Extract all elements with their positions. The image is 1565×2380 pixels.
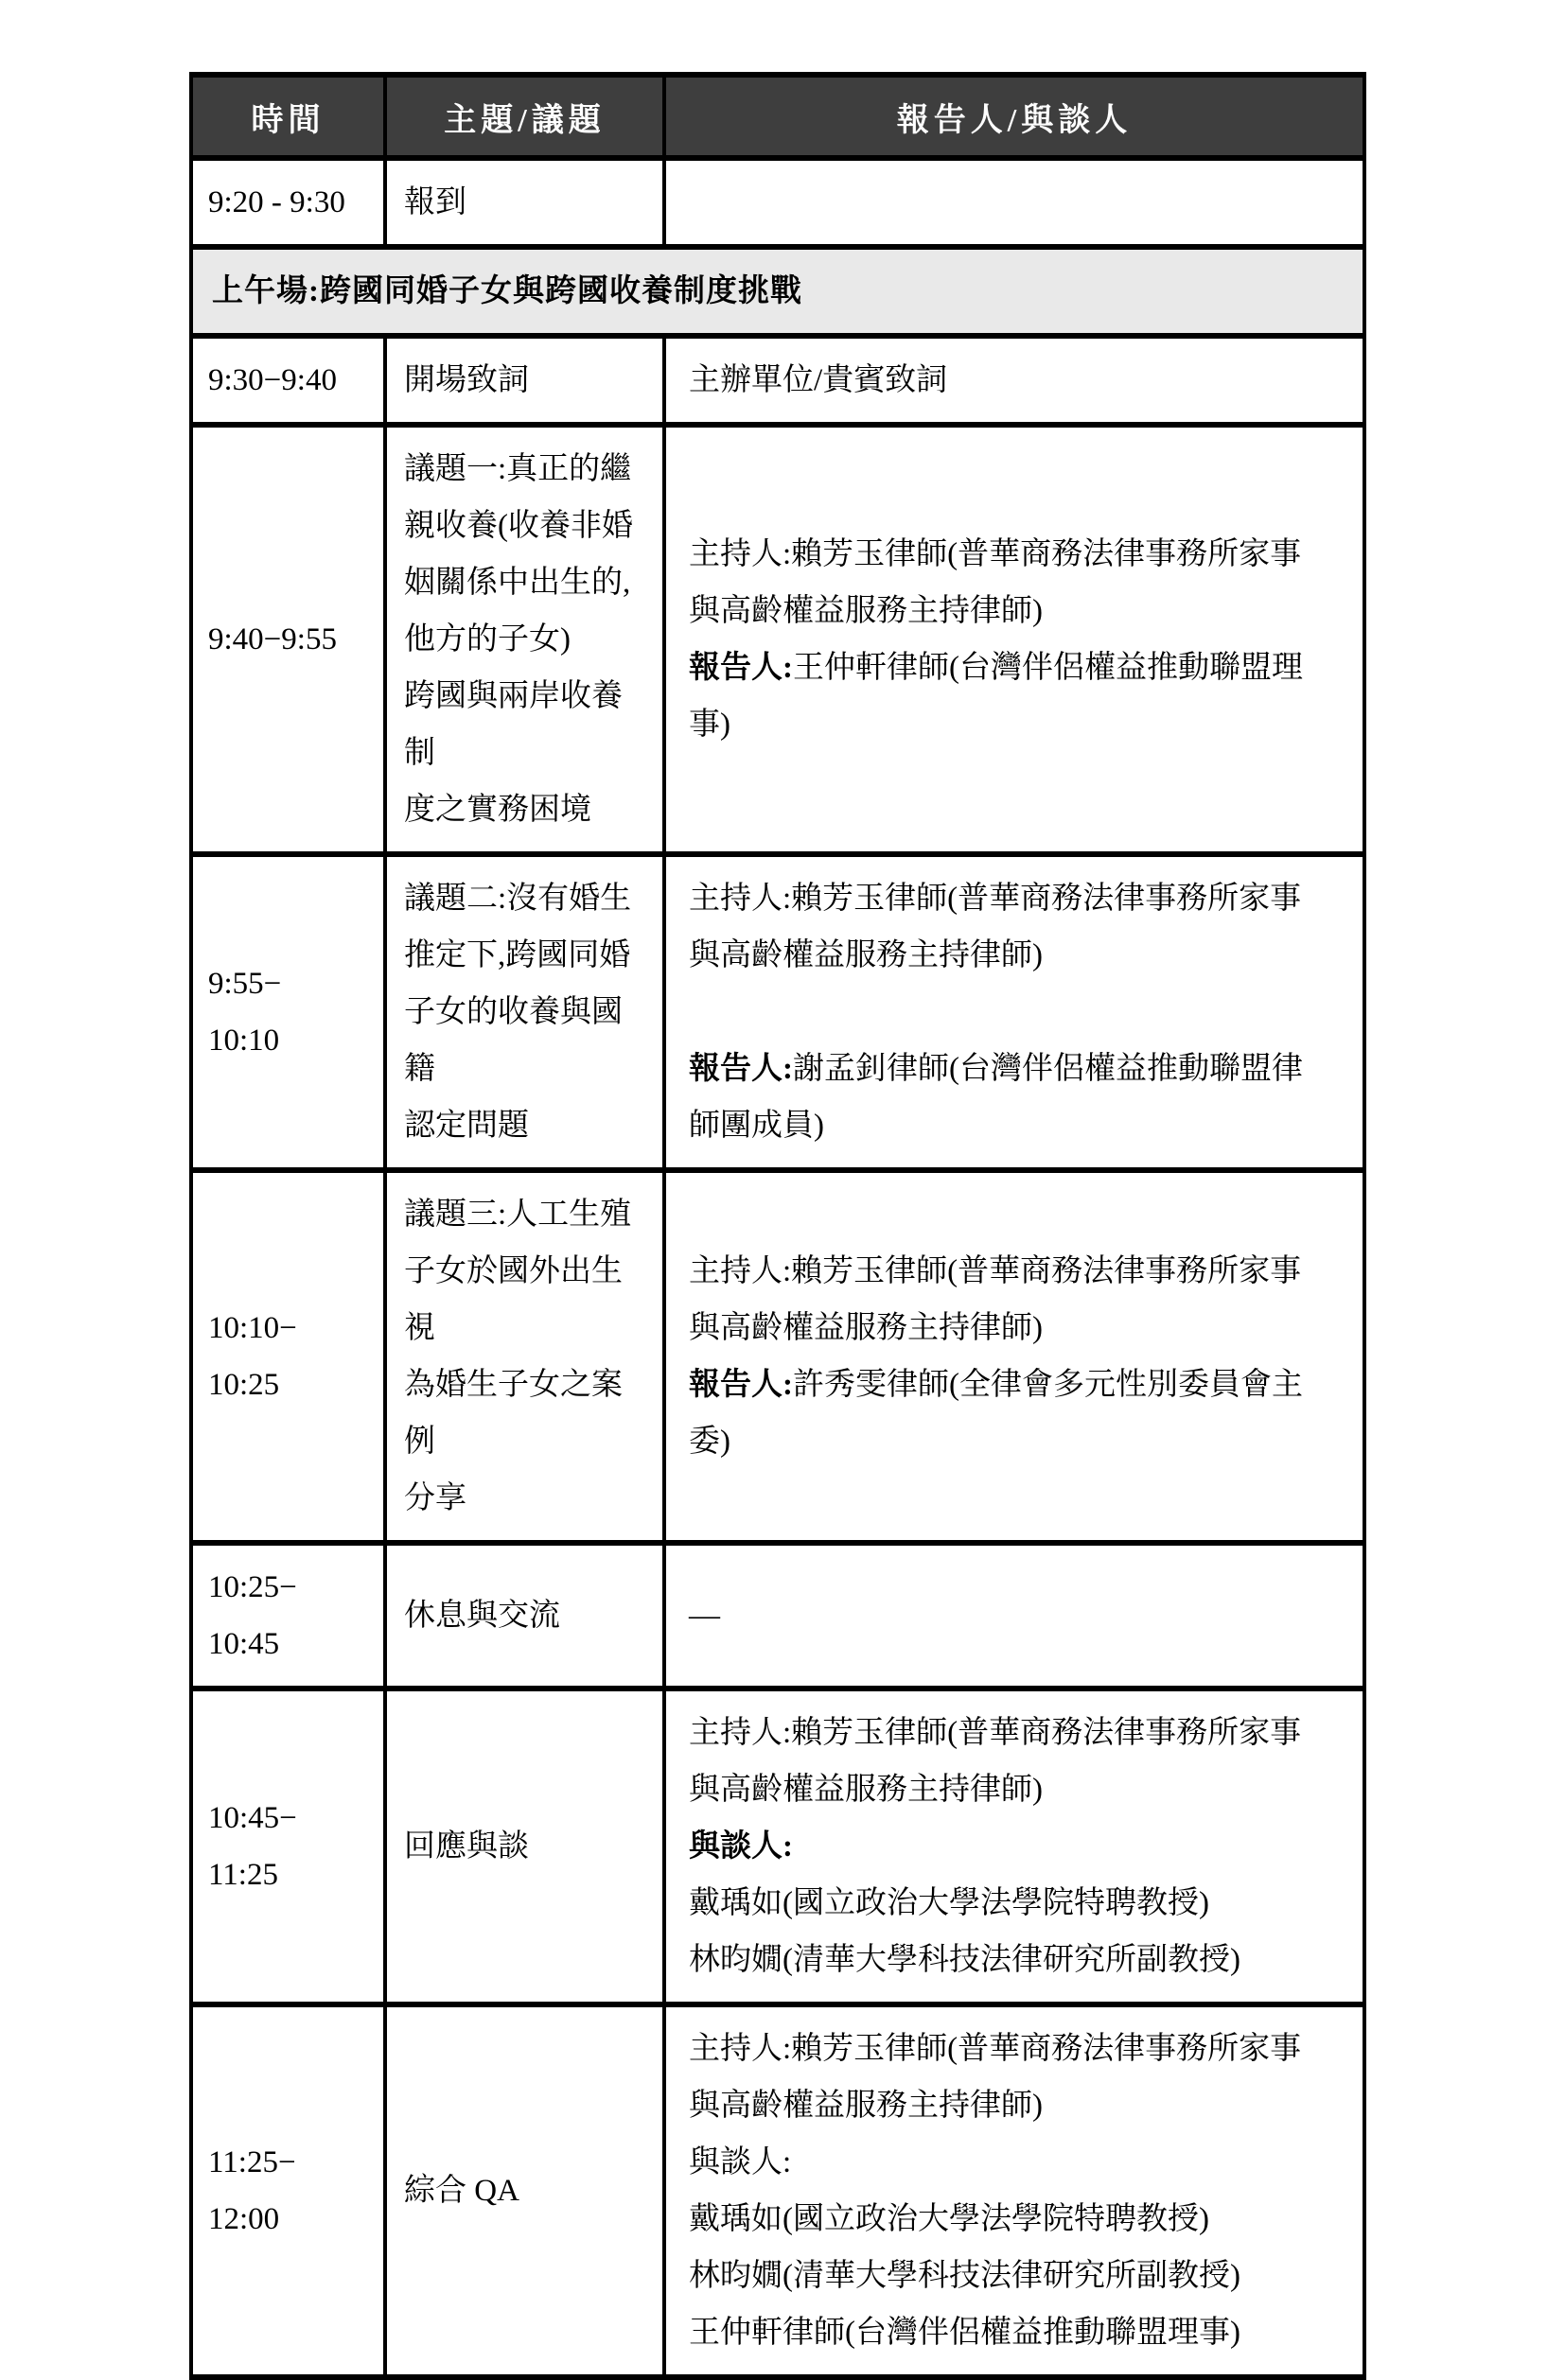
role-label: 報告人:: [689, 1368, 793, 1402]
agenda-table: 時間 主題/議題 報告人/與談人 9:20 - 9:30報到上午場:跨國同婚子女…: [189, 72, 1366, 2380]
agenda-row: 10:25− 10:45休息與交流—: [191, 1543, 1364, 1689]
speakers-cell: —: [664, 1543, 1364, 1689]
speaker-text: 主持人:賴芳玉律師(普華商務法律事務所家事 與高齡權益服務主持律師): [689, 882, 1301, 972]
topic-cell: 綜合 QA: [385, 2004, 664, 2377]
speakers-cell: 主辦單位/貴賓致詞: [664, 336, 1364, 425]
speaker-text: —: [689, 1599, 720, 1633]
agenda-row: 9:55− 10:10議題二:沒有婚生 推定下,跨國同婚 子女的收養與國籍 認定…: [191, 854, 1364, 1170]
topic-cell: 休息與交流: [385, 1543, 664, 1689]
agenda-row: 9:30−9:40開場致詞主辦單位/貴賓致詞: [191, 336, 1364, 425]
topic-cell: 議題一:真正的繼 親收養(收養非婚 姻關係中出生的, 他方的子女) 跨國與兩岸收…: [385, 425, 664, 854]
topic-cell: 開場致詞: [385, 336, 664, 425]
time-cell: 9:20 - 9:30: [191, 158, 385, 247]
speakers-cell: 主持人:賴芳玉律師(普華商務法律事務所家事 與高齡權益服務主持律師) 報告人:王…: [664, 425, 1364, 854]
agenda-row: 9:20 - 9:30報到: [191, 158, 1364, 247]
agenda-table-body: 9:20 - 9:30報到上午場:跨國同婚子女與跨國收養制度挑戰9:30−9:4…: [191, 158, 1364, 2377]
topic-cell: 報到: [385, 158, 664, 247]
topic-cell: 回應與談: [385, 1689, 664, 2004]
header-row: 時間 主題/議題 報告人/與談人: [191, 75, 1364, 158]
role-label: 與談人:: [689, 1829, 793, 1864]
section-title: 上午場:跨國同婚子女與跨國收養制度挑戰: [191, 247, 1364, 336]
agenda-table-header: 時間 主題/議題 報告人/與談人: [191, 75, 1364, 158]
time-cell: 9:55− 10:10: [191, 854, 385, 1170]
time-cell: 9:40−9:55: [191, 425, 385, 854]
speaker-text: 主辦單位/貴賓致詞: [689, 363, 947, 397]
topic-cell: 議題三:人工生殖 子女於國外出生視 為婚生子女之案例 分享: [385, 1170, 664, 1543]
role-label: 報告人:: [689, 651, 793, 685]
topic-column-header: 主題/議題: [385, 75, 664, 158]
time-cell: 10:10− 10:25: [191, 1170, 385, 1543]
speakers-cell: 主持人:賴芳玉律師(普華商務法律事務所家事 與高齡權益服務主持律師) 報告人:謝…: [664, 854, 1364, 1170]
speakers-cell: 主持人:賴芳玉律師(普華商務法律事務所家事 與高齡權益服務主持律師) 報告人:許…: [664, 1170, 1364, 1543]
time-cell: 10:25− 10:45: [191, 1543, 385, 1689]
speaker-text: 戴瑀如(國立政治大學法學院特聘教授) 林昀嫺(清華大學科技法律研究所副教授): [689, 1886, 1240, 1977]
topic-cell: 議題二:沒有婚生 推定下,跨國同婚 子女的收養與國籍 認定問題: [385, 854, 664, 1170]
time-cell: 10:45− 11:25: [191, 1689, 385, 2004]
speakers-column-header: 報告人/與談人: [664, 75, 1364, 158]
speakers-cell: [664, 158, 1364, 247]
speaker-text: 主持人:賴芳玉律師(普華商務法律事務所家事 與高齡權益服務主持律師): [689, 1254, 1301, 1345]
speaker-text: 主持人:賴芳玉律師(普華商務法律事務所家事 與高齡權益服務主持律師) 與談人: …: [689, 2032, 1301, 2350]
role-label: 報告人:: [689, 1052, 793, 1086]
time-column-header: 時間: [191, 75, 385, 158]
speakers-cell: 主持人:賴芳玉律師(普華商務法律事務所家事 與高齡權益服務主持律師) 與談人: …: [664, 2004, 1364, 2377]
agenda-row: 11:25− 12:00綜合 QA主持人:賴芳玉律師(普華商務法律事務所家事 與…: [191, 2004, 1364, 2377]
speaker-text: 主持人:賴芳玉律師(普華商務法律事務所家事 與高齡權益服務主持律師): [689, 537, 1301, 628]
agenda-row: 10:45− 11:25回應與談主持人:賴芳玉律師(普華商務法律事務所家事 與高…: [191, 1689, 1364, 2004]
document-page: 時間 主題/議題 報告人/與談人 9:20 - 9:30報到上午場:跨國同婚子女…: [0, 0, 1565, 2213]
time-cell: 11:25− 12:00: [191, 2004, 385, 2377]
agenda-row: 10:10− 10:25議題三:人工生殖 子女於國外出生視 為婚生子女之案例 分…: [191, 1170, 1364, 1543]
speakers-cell: 主持人:賴芳玉律師(普華商務法律事務所家事 與高齡權益服務主持律師) 與談人: …: [664, 1689, 1364, 2004]
time-cell: 9:30−9:40: [191, 336, 385, 425]
section-header-row: 上午場:跨國同婚子女與跨國收養制度挑戰: [191, 247, 1364, 336]
agenda-row: 9:40−9:55議題一:真正的繼 親收養(收養非婚 姻關係中出生的, 他方的子…: [191, 425, 1364, 854]
speaker-text: 主持人:賴芳玉律師(普華商務法律事務所家事 與高齡權益服務主持律師): [689, 1716, 1301, 1807]
